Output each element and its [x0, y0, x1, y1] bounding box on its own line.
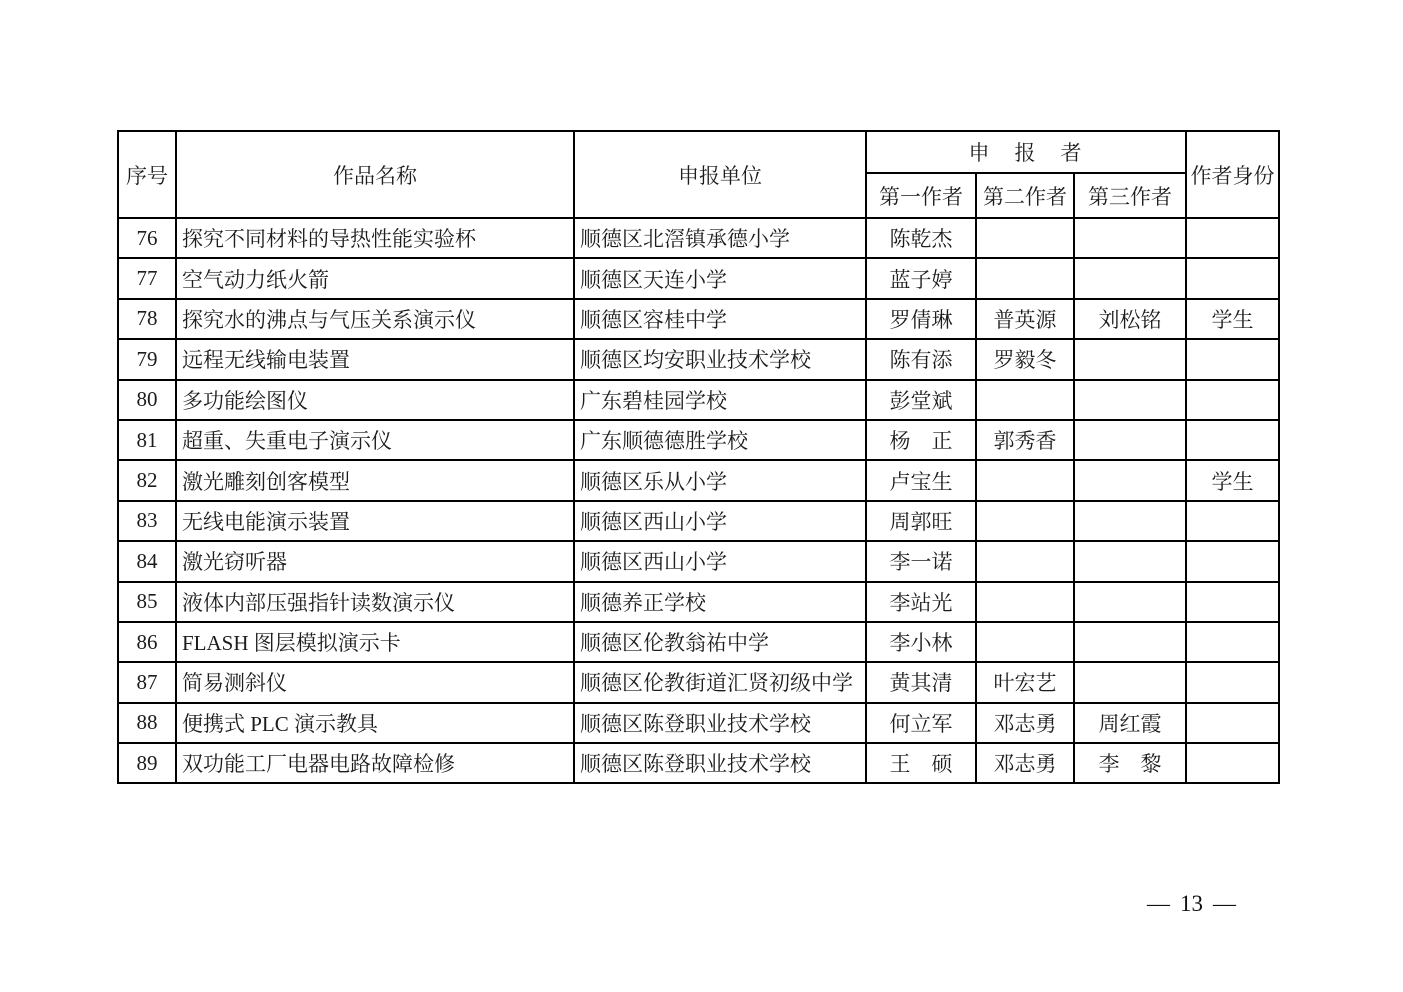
header-work-name: 作品名称	[176, 131, 574, 218]
row-number-cell: 80	[118, 380, 176, 420]
header-row-top: 序号 作品名称 申报单位 申 报 者 作者身份	[118, 131, 1279, 173]
work-name-cell: 远程无线输电装置	[176, 339, 574, 379]
table-row: 85液体内部压强指针读数演示仪顺德养正学校李站光	[118, 582, 1279, 622]
third-author-cell: 刘松铭	[1074, 299, 1186, 339]
work-name-cell: 探究不同材料的导热性能实验杯	[176, 218, 574, 258]
second-author-cell: 普英源	[976, 299, 1074, 339]
row-number-cell: 87	[118, 662, 176, 702]
identity-cell	[1186, 541, 1279, 581]
row-number-cell: 77	[118, 258, 176, 298]
row-number-cell: 76	[118, 218, 176, 258]
row-number-cell: 81	[118, 420, 176, 460]
third-author-cell	[1074, 218, 1186, 258]
footer-left-dash: —	[1137, 891, 1180, 917]
second-author-cell	[976, 622, 1074, 662]
third-author-cell	[1074, 501, 1186, 541]
second-author-cell: 罗毅冬	[976, 339, 1074, 379]
work-name-cell: 便携式 PLC 演示教具	[176, 703, 574, 743]
work-name-cell: 双功能工厂电器电路故障检修	[176, 743, 574, 783]
first-author-cell: 杨 正	[866, 420, 976, 460]
header-author-identity: 作者身份	[1186, 131, 1279, 218]
first-author-cell: 周郭旺	[866, 501, 976, 541]
work-name-cell: 多功能绘图仪	[176, 380, 574, 420]
work-name-cell: FLASH 图层模拟演示卡	[176, 622, 574, 662]
header-first-author: 第一作者	[866, 173, 976, 218]
row-number-cell: 86	[118, 622, 176, 662]
table-row: 77空气动力纸火箭顺德区天连小学蓝子婷	[118, 258, 1279, 298]
third-author-cell	[1074, 380, 1186, 420]
table-row: 88便携式 PLC 演示教具顺德区陈登职业技术学校何立军邓志勇周红霞	[118, 703, 1279, 743]
unit-name-cell: 顺德区均安职业技术学校	[574, 339, 866, 379]
third-author-cell	[1074, 258, 1186, 298]
first-author-cell: 黄其清	[866, 662, 976, 702]
work-name-cell: 简易测斜仪	[176, 662, 574, 702]
work-name-cell: 激光雕刻创客模型	[176, 460, 574, 500]
row-number-cell: 85	[118, 582, 176, 622]
header-second-author: 第二作者	[976, 173, 1074, 218]
identity-cell	[1186, 622, 1279, 662]
third-author-cell: 周红霞	[1074, 703, 1186, 743]
identity-cell	[1186, 339, 1279, 379]
first-author-cell: 陈有添	[866, 339, 976, 379]
table-row: 87简易测斜仪顺德区伦教街道汇贤初级中学黄其清叶宏艺	[118, 662, 1279, 702]
header-serial-number: 序号	[118, 131, 176, 218]
footer-right-dash: —	[1203, 891, 1246, 917]
first-author-cell: 卢宝生	[866, 460, 976, 500]
unit-name-cell: 顺德区天连小学	[574, 258, 866, 298]
third-author-cell	[1074, 460, 1186, 500]
third-author-cell	[1074, 420, 1186, 460]
second-author-cell	[976, 258, 1074, 298]
unit-name-cell: 顺德区北滘镇承德小学	[574, 218, 866, 258]
identity-cell: 学生	[1186, 460, 1279, 500]
second-author-cell	[976, 501, 1074, 541]
first-author-cell: 何立军	[866, 703, 976, 743]
header-third-author: 第三作者	[1074, 173, 1186, 218]
unit-name-cell: 顺德区陈登职业技术学校	[574, 703, 866, 743]
second-author-cell: 邓志勇	[976, 743, 1074, 783]
unit-name-cell: 顺德区西山小学	[574, 501, 866, 541]
row-number-cell: 84	[118, 541, 176, 581]
unit-name-cell: 广东碧桂园学校	[574, 380, 866, 420]
page-number: 13	[1180, 891, 1203, 916]
unit-name-cell: 顺德区伦教街道汇贤初级中学	[574, 662, 866, 702]
unit-name-cell: 顺德区陈登职业技术学校	[574, 743, 866, 783]
identity-cell: 学生	[1186, 299, 1279, 339]
header-applicants-group: 申 报 者	[866, 131, 1186, 173]
first-author-cell: 李小林	[866, 622, 976, 662]
row-number-cell: 79	[118, 339, 176, 379]
page-footer: —13—	[1137, 891, 1237, 917]
work-name-cell: 超重、失重电子演示仪	[176, 420, 574, 460]
work-name-cell: 无线电能演示装置	[176, 501, 574, 541]
table-body: 76探究不同材料的导热性能实验杯顺德区北滘镇承德小学陈乾杰77空气动力纸火箭顺德…	[118, 218, 1279, 783]
table-header: 序号 作品名称 申报单位 申 报 者 作者身份 第一作者 第二作者 第三作者	[118, 131, 1279, 218]
unit-name-cell: 顺德区西山小学	[574, 541, 866, 581]
third-author-cell	[1074, 622, 1186, 662]
unit-name-cell: 顺德区容桂中学	[574, 299, 866, 339]
work-name-cell: 探究水的沸点与气压关系演示仪	[176, 299, 574, 339]
identity-cell	[1186, 582, 1279, 622]
second-author-cell: 叶宏艺	[976, 662, 1074, 702]
unit-name-cell: 顺德区乐从小学	[574, 460, 866, 500]
identity-cell	[1186, 258, 1279, 298]
row-number-cell: 89	[118, 743, 176, 783]
first-author-cell: 彭堂斌	[866, 380, 976, 420]
first-author-cell: 李一诺	[866, 541, 976, 581]
table-row: 83无线电能演示装置顺德区西山小学周郭旺	[118, 501, 1279, 541]
table-row: 86FLASH 图层模拟演示卡顺德区伦教翁祐中学李小林	[118, 622, 1279, 662]
second-author-cell: 邓志勇	[976, 703, 1074, 743]
third-author-cell	[1074, 582, 1186, 622]
third-author-cell	[1074, 662, 1186, 702]
second-author-cell	[976, 380, 1074, 420]
table-row: 80多功能绘图仪广东碧桂园学校彭堂斌	[118, 380, 1279, 420]
identity-cell	[1186, 380, 1279, 420]
unit-name-cell: 顺德养正学校	[574, 582, 866, 622]
row-number-cell: 82	[118, 460, 176, 500]
unit-name-cell: 广东顺德德胜学校	[574, 420, 866, 460]
first-author-cell: 罗倩琳	[866, 299, 976, 339]
unit-name-cell: 顺德区伦教翁祐中学	[574, 622, 866, 662]
identity-cell	[1186, 662, 1279, 702]
identity-cell	[1186, 218, 1279, 258]
table-row: 81超重、失重电子演示仪广东顺德德胜学校杨 正郭秀香	[118, 420, 1279, 460]
first-author-cell: 蓝子婷	[866, 258, 976, 298]
first-author-cell: 陈乾杰	[866, 218, 976, 258]
row-number-cell: 78	[118, 299, 176, 339]
table-row: 89双功能工厂电器电路故障检修顺德区陈登职业技术学校王 硕邓志勇李 黎	[118, 743, 1279, 783]
row-number-cell: 88	[118, 703, 176, 743]
third-author-cell: 李 黎	[1074, 743, 1186, 783]
header-declaring-unit: 申报单位	[574, 131, 866, 218]
work-name-cell: 液体内部压强指针读数演示仪	[176, 582, 574, 622]
entries-table: 序号 作品名称 申报单位 申 报 者 作者身份 第一作者 第二作者 第三作者 7…	[117, 130, 1280, 784]
table-row: 78探究水的沸点与气压关系演示仪顺德区容桂中学罗倩琳普英源刘松铭学生	[118, 299, 1279, 339]
second-author-cell	[976, 218, 1074, 258]
work-name-cell: 激光窃听器	[176, 541, 574, 581]
third-author-cell	[1074, 339, 1186, 379]
table-row: 79远程无线输电装置顺德区均安职业技术学校陈有添罗毅冬	[118, 339, 1279, 379]
third-author-cell	[1074, 541, 1186, 581]
row-number-cell: 83	[118, 501, 176, 541]
first-author-cell: 李站光	[866, 582, 976, 622]
identity-cell	[1186, 703, 1279, 743]
second-author-cell	[976, 582, 1074, 622]
second-author-cell	[976, 460, 1074, 500]
document-page: 序号 作品名称 申报单位 申 报 者 作者身份 第一作者 第二作者 第三作者 7…	[0, 0, 1403, 992]
identity-cell	[1186, 501, 1279, 541]
work-name-cell: 空气动力纸火箭	[176, 258, 574, 298]
table-row: 76探究不同材料的导热性能实验杯顺德区北滘镇承德小学陈乾杰	[118, 218, 1279, 258]
identity-cell	[1186, 420, 1279, 460]
second-author-cell	[976, 541, 1074, 581]
first-author-cell: 王 硕	[866, 743, 976, 783]
table-row: 84激光窃听器顺德区西山小学李一诺	[118, 541, 1279, 581]
identity-cell	[1186, 743, 1279, 783]
second-author-cell: 郭秀香	[976, 420, 1074, 460]
table-row: 82激光雕刻创客模型顺德区乐从小学卢宝生学生	[118, 460, 1279, 500]
